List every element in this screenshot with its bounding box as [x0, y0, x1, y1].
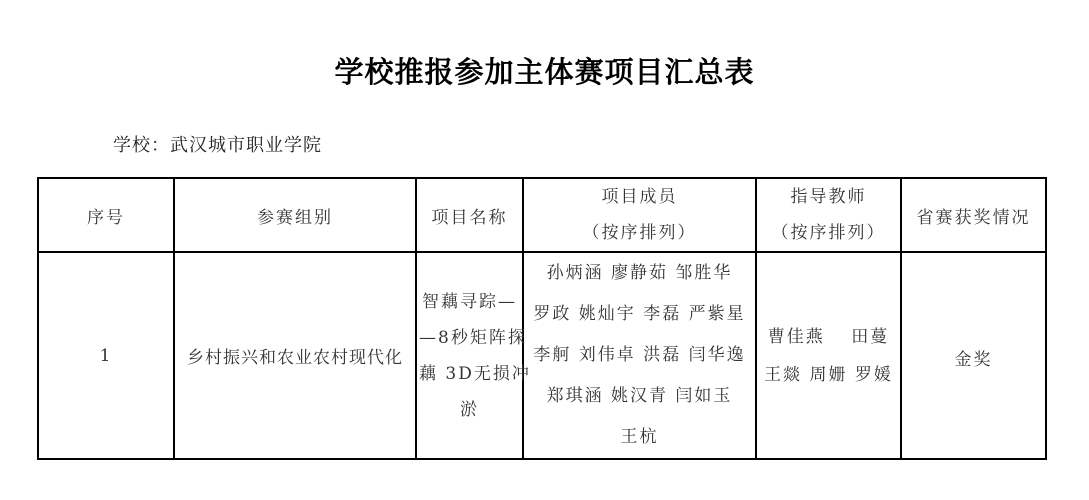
- header-award: 省赛获奖情况: [901, 178, 1046, 252]
- header-members-title: 项目成员: [524, 179, 755, 215]
- document-title: 学校推报参加主体赛项目汇总表: [0, 50, 1089, 91]
- header-group: 参赛组别: [174, 178, 416, 252]
- school-name: 武汉城市职业学院: [170, 135, 322, 156]
- teachers-line: 曹佳燕 田蔓: [757, 318, 900, 356]
- header-teachers: 指导教师 （按序排列）: [756, 178, 901, 252]
- header-seq: 序号: [38, 178, 174, 252]
- page: 学校推报参加主体赛项目汇总表 学校：武汉城市职业学院 序号 参赛组别 项目名称 …: [0, 0, 1089, 500]
- project-name-line: 藕 3D无损冲: [419, 356, 520, 392]
- members-line: 罗政 姚灿宇 李磊 严紫星: [528, 294, 751, 335]
- members-line: 李舸 刘伟卓 洪磊 闫华逸: [528, 335, 751, 376]
- header-project-name: 项目名称: [416, 178, 523, 252]
- members-line: 郑琪涵 姚汉青 闫如玉: [528, 376, 751, 417]
- header-teachers-title: 指导教师: [757, 179, 900, 215]
- project-name-line: 淤: [419, 392, 520, 428]
- table-header-row: 序号 参赛组别 项目名称 项目成员 （按序排列） 指导教师 （按序排列） 省赛获…: [38, 178, 1046, 252]
- cell-seq: 1: [38, 252, 174, 459]
- cell-teachers: 曹佳燕 田蔓 王燚 周姗 罗媛: [756, 252, 901, 459]
- header-teachers-note: （按序排列）: [757, 215, 900, 251]
- project-name-line: —8秒矩阵探: [419, 320, 520, 356]
- school-line: 学校：武汉城市职业学院: [113, 131, 322, 157]
- table-row: 1 乡村振兴和农业农村现代化 智藕寻踪— —8秒矩阵探 藕 3D无损冲 淤 孙炳…: [38, 252, 1046, 459]
- header-members: 项目成员 （按序排列）: [523, 178, 756, 252]
- summary-table: 序号 参赛组别 项目名称 项目成员 （按序排列） 指导教师 （按序排列） 省赛获…: [37, 177, 1047, 460]
- header-members-note: （按序排列）: [524, 215, 755, 251]
- cell-project-name: 智藕寻踪— —8秒矩阵探 藕 3D无损冲 淤: [416, 252, 523, 459]
- project-name-line: 智藕寻踪—: [419, 284, 520, 320]
- cell-award: 金奖: [901, 252, 1046, 459]
- members-line: 王杭: [528, 417, 751, 458]
- teachers-line: 王燚 周姗 罗媛: [757, 356, 900, 394]
- cell-group: 乡村振兴和农业农村现代化: [174, 252, 416, 459]
- school-label: 学校：: [113, 135, 170, 156]
- cell-members: 孙炳涵 廖静茹 邹胜华 罗政 姚灿宇 李磊 严紫星 李舸 刘伟卓 洪磊 闫华逸 …: [523, 252, 756, 459]
- members-line: 孙炳涵 廖静茹 邹胜华: [528, 253, 751, 294]
